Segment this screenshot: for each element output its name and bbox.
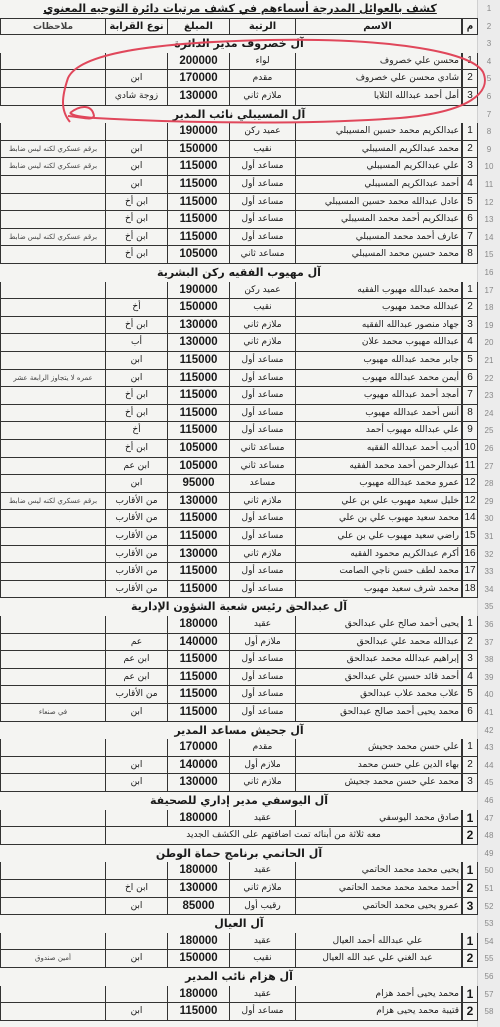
cell-index[interactable]: 8 bbox=[462, 405, 478, 423]
cell-index[interactable]: 1 bbox=[462, 933, 478, 951]
cell-notes[interactable] bbox=[0, 422, 106, 440]
cell-name[interactable]: صادق محمد اليوسفي bbox=[296, 810, 462, 828]
row-number[interactable]: 56 bbox=[478, 972, 500, 981]
table-row[interactable]: 2معه ثلاثة من أبنائه تمت اضافتهم على الك… bbox=[0, 827, 478, 845]
cell-name[interactable]: علي عبدالله أحمد العيال bbox=[296, 933, 462, 951]
cell-amount[interactable]: 115000 bbox=[168, 581, 230, 599]
cell-notes[interactable] bbox=[0, 616, 106, 634]
cell-amount[interactable]: 130000 bbox=[168, 880, 230, 898]
cell-index[interactable]: 2 bbox=[462, 880, 478, 898]
cell-notes[interactable]: أمين صندوق bbox=[0, 950, 106, 968]
table-row[interactable]: 1محمد عبدالله مهيوب الفقيهعميد ركن190000 bbox=[0, 282, 478, 300]
cell-name[interactable]: أيمن محمد عبدالله مهيوب bbox=[296, 370, 462, 388]
cell-index[interactable]: 9 bbox=[462, 422, 478, 440]
cell-name[interactable]: جهاد منصور عبدالله الفقيه bbox=[296, 317, 462, 335]
cell-index[interactable]: 6 bbox=[462, 704, 478, 722]
cell-amount[interactable]: 115000 bbox=[168, 528, 230, 546]
cell-name[interactable]: عبدالكريم محمد حسين المسيبلي bbox=[296, 123, 462, 141]
row-number[interactable]: 16 bbox=[478, 268, 500, 277]
cell-amount[interactable]: 190000 bbox=[168, 282, 230, 300]
row-number[interactable]: 54 bbox=[478, 937, 500, 946]
cell-rank[interactable]: ملازم ثاني bbox=[230, 88, 296, 106]
cell-amount[interactable]: 115000 bbox=[168, 563, 230, 581]
cell-notes[interactable] bbox=[0, 475, 106, 493]
row-number[interactable]: 58 bbox=[478, 1007, 500, 1016]
cell-amount[interactable]: 140000 bbox=[168, 757, 230, 775]
table-row[interactable]: 4أحمد عبدالكريم المسيبليمساعد أول115000ا… bbox=[0, 176, 478, 194]
cell-notes[interactable] bbox=[0, 352, 106, 370]
cell-amount[interactable]: 115000 bbox=[168, 686, 230, 704]
cell-index[interactable]: 18 bbox=[462, 581, 478, 599]
cell-rank[interactable]: مساعد أول bbox=[230, 422, 296, 440]
cell-amount[interactable]: 190000 bbox=[168, 123, 230, 141]
table-row[interactable]: 5جابر محمد عبدالله مهيوبمساعد أول115000ا… bbox=[0, 352, 478, 370]
row-number[interactable]: 5 bbox=[478, 74, 500, 83]
cell-name[interactable]: محمد سعيد مهيوب علي بن علي bbox=[296, 510, 462, 528]
row-number[interactable]: 24 bbox=[478, 409, 500, 418]
cell-amount[interactable]: 140000 bbox=[168, 634, 230, 652]
row-number[interactable]: 20 bbox=[478, 338, 500, 347]
cell-notes[interactable] bbox=[0, 686, 106, 704]
cell-rank[interactable]: عميد ركن bbox=[230, 123, 296, 141]
table-row[interactable]: 3محمد علي حسن محمد جحيشملازم ثاني130000ا… bbox=[0, 774, 478, 792]
table-row[interactable]: 3أمل أحمد عبدالله الثلاياملازم ثاني13000… bbox=[0, 88, 478, 106]
cell-notes[interactable] bbox=[0, 176, 106, 194]
cell-relation[interactable]: ابن أخ bbox=[106, 440, 168, 458]
table-row[interactable]: 1علي حسن محمد جحيشمقدم170000 bbox=[0, 739, 478, 757]
cell-relation[interactable] bbox=[106, 810, 168, 828]
cell-notes[interactable] bbox=[0, 334, 106, 352]
cell-rank[interactable]: ملازم ثاني bbox=[230, 493, 296, 511]
cell-index[interactable]: 7 bbox=[462, 387, 478, 405]
table-row[interactable]: 3عمرو يحيى محمد الحاتميرقيب أول85000ابن bbox=[0, 898, 478, 916]
cell-index[interactable]: 11 bbox=[462, 458, 478, 476]
table-row[interactable]: 3جهاد منصور عبدالله الفقيهملازم ثاني1300… bbox=[0, 317, 478, 335]
cell-relation[interactable] bbox=[106, 739, 168, 757]
cell-rank[interactable]: عقيد bbox=[230, 616, 296, 634]
cell-amount[interactable]: 170000 bbox=[168, 739, 230, 757]
cell-name[interactable]: أمجد أحمد عبدالله مهيوب bbox=[296, 387, 462, 405]
cell-name[interactable]: علاب محمد علاب عبدالحق bbox=[296, 686, 462, 704]
cell-amount[interactable]: 115000 bbox=[168, 194, 230, 212]
cell-amount[interactable]: 105000 bbox=[168, 440, 230, 458]
table-row[interactable]: 4أحمد قائد حسين علي عبدالحقمساعد أول1150… bbox=[0, 669, 478, 687]
cell-notes[interactable] bbox=[0, 299, 106, 317]
cell-index[interactable]: 3 bbox=[462, 317, 478, 335]
cell-relation[interactable] bbox=[106, 986, 168, 1004]
cell-relation[interactable]: ابن أخ bbox=[106, 211, 168, 229]
cell-index[interactable]: 6 bbox=[462, 370, 478, 388]
row-number[interactable]: 30 bbox=[478, 514, 500, 523]
row-number[interactable]: 48 bbox=[478, 831, 500, 840]
row-number[interactable]: 2 bbox=[478, 22, 500, 31]
table-row[interactable]: 1يحيى أحمد صالح علي عبدالحقعقيد180000 bbox=[0, 616, 478, 634]
table-row[interactable]: 2قتيبة محمد يحيى هزاممساعد أول115000ابن bbox=[0, 1003, 478, 1021]
cell-index[interactable]: 2 bbox=[462, 141, 478, 159]
cell-notes[interactable] bbox=[0, 440, 106, 458]
table-row[interactable]: 1عبدالكريم محمد حسين المسيبليعميد ركن190… bbox=[0, 123, 478, 141]
cell-rank[interactable]: مساعد أول bbox=[230, 669, 296, 687]
cell-name[interactable]: أكرم عبدالكريم محمود الفقيه bbox=[296, 546, 462, 564]
cell-index[interactable]: 2 bbox=[462, 70, 478, 88]
cell-index[interactable]: 15 bbox=[462, 528, 478, 546]
cell-relation[interactable]: أب bbox=[106, 334, 168, 352]
table-row[interactable]: 6محمد يحيى أحمد صالح عبدالحقمساعد أول115… bbox=[0, 704, 478, 722]
cell-index[interactable]: 12 bbox=[462, 493, 478, 511]
cell-notes[interactable] bbox=[0, 898, 106, 916]
row-number[interactable]: 31 bbox=[478, 532, 500, 541]
cell-relation[interactable] bbox=[106, 933, 168, 951]
cell-name[interactable]: يحيى محمد محمد الحاتمي bbox=[296, 862, 462, 880]
cell-relation[interactable]: عم bbox=[106, 634, 168, 652]
cell-rank[interactable]: مساعد bbox=[230, 475, 296, 493]
cell-amount[interactable]: 130000 bbox=[168, 546, 230, 564]
cell-amount[interactable]: 115000 bbox=[168, 510, 230, 528]
row-number[interactable]: 29 bbox=[478, 497, 500, 506]
cell-rank[interactable]: عقيد bbox=[230, 862, 296, 880]
cell-notes[interactable]: برقم عسكري لكنه ليس ضابط bbox=[0, 493, 106, 511]
row-number[interactable]: 49 bbox=[478, 849, 500, 858]
cell-notes[interactable] bbox=[0, 880, 106, 898]
cell-amount[interactable]: 115000 bbox=[168, 158, 230, 176]
table-row[interactable]: 2عبد الغني علي عبد الله العيالنقيب150000… bbox=[0, 950, 478, 968]
cell-index[interactable]: 3 bbox=[462, 774, 478, 792]
table-row[interactable]: 12خليل سعيد مهيوب علي بن عليملازم ثاني13… bbox=[0, 493, 478, 511]
cell-relation[interactable] bbox=[106, 616, 168, 634]
cell-index[interactable]: 4 bbox=[462, 176, 478, 194]
row-number[interactable]: 7 bbox=[478, 110, 500, 119]
cell-amount[interactable]: 115000 bbox=[168, 176, 230, 194]
cell-rank[interactable]: مساعد أول bbox=[230, 405, 296, 423]
row-number[interactable]: 21 bbox=[478, 356, 500, 365]
cell-index[interactable]: 2 bbox=[462, 1003, 478, 1021]
cell-relation[interactable]: ابن أخ bbox=[106, 405, 168, 423]
cell-notes[interactable] bbox=[0, 757, 106, 775]
cell-relation[interactable]: ابن bbox=[106, 370, 168, 388]
cell-amount[interactable]: 180000 bbox=[168, 986, 230, 1004]
cell-relation[interactable]: ابن عم bbox=[106, 651, 168, 669]
cell-name[interactable]: أحمد محمد محمد محمد الحاتمي bbox=[296, 880, 462, 898]
cell-notes[interactable] bbox=[0, 862, 106, 880]
table-row[interactable]: 2عبدالله محمد علي عبدالحقملازم أول140000… bbox=[0, 634, 478, 652]
cell-rank[interactable]: ملازم ثاني bbox=[230, 880, 296, 898]
cell-relation[interactable]: ابن bbox=[106, 70, 168, 88]
table-row[interactable]: 1علي عبدالله أحمد العيالعقيد180000 bbox=[0, 933, 478, 951]
cell-relation[interactable]: ابن bbox=[106, 704, 168, 722]
cell-rank[interactable]: مساعد أول bbox=[230, 158, 296, 176]
cell-name[interactable]: عبدالله محمد علي عبدالحق bbox=[296, 634, 462, 652]
cell-notes[interactable] bbox=[0, 246, 106, 264]
table-row[interactable]: 3علي عبدالكريم المسيبليمساعد أول115000اب… bbox=[0, 158, 478, 176]
cell-name[interactable]: خليل سعيد مهيوب علي بن علي bbox=[296, 493, 462, 511]
cell-notes[interactable] bbox=[0, 546, 106, 564]
cell-relation[interactable]: ابن bbox=[106, 475, 168, 493]
table-row[interactable]: 8محمد حسين محمد المسيبليمساعد ثاني105000… bbox=[0, 246, 478, 264]
cell-name[interactable]: عبدالله محمد مهيوب bbox=[296, 299, 462, 317]
table-row[interactable]: 1يحيى محمد محمد الحاتميعقيد180000 bbox=[0, 862, 478, 880]
row-number[interactable]: 15 bbox=[478, 250, 500, 259]
cell-relation[interactable]: من الأقارب bbox=[106, 581, 168, 599]
cell-notes[interactable]: برقم عسكري لكنه ليس ضابط bbox=[0, 229, 106, 247]
cell-rank[interactable]: عقيد bbox=[230, 810, 296, 828]
cell-name[interactable]: شادي محسن علي خصروف bbox=[296, 70, 462, 88]
cell-notes[interactable] bbox=[0, 810, 106, 828]
cell-amount[interactable]: 115000 bbox=[168, 651, 230, 669]
cell-rank[interactable]: مساعد أول bbox=[230, 211, 296, 229]
cell-amount[interactable]: 115000 bbox=[168, 422, 230, 440]
row-number[interactable]: 55 bbox=[478, 954, 500, 963]
cell-relation[interactable] bbox=[106, 123, 168, 141]
cell-rank[interactable]: مساعد أول bbox=[230, 686, 296, 704]
cell-rank[interactable]: مساعد ثاني bbox=[230, 440, 296, 458]
cell-relation[interactable]: ابن أخ bbox=[106, 246, 168, 264]
row-number[interactable]: 41 bbox=[478, 708, 500, 717]
cell-amount[interactable]: 130000 bbox=[168, 317, 230, 335]
row-number[interactable]: 28 bbox=[478, 479, 500, 488]
cell-relation[interactable]: ابن bbox=[106, 141, 168, 159]
cell-rank[interactable]: مساعد أول bbox=[230, 194, 296, 212]
row-number[interactable]: 57 bbox=[478, 990, 500, 999]
cell-index[interactable]: 17 bbox=[462, 563, 478, 581]
table-row[interactable]: 6عبدالكريم أحمد محمد المسيبليمساعد أول11… bbox=[0, 211, 478, 229]
row-number[interactable]: 40 bbox=[478, 690, 500, 699]
cell-amount[interactable]: 115000 bbox=[168, 669, 230, 687]
cell-relation[interactable]: ابن bbox=[106, 950, 168, 968]
cell-index[interactable]: 2 bbox=[462, 757, 478, 775]
cell-notes[interactable] bbox=[0, 563, 106, 581]
cell-notes[interactable] bbox=[0, 739, 106, 757]
cell-notes[interactable] bbox=[0, 387, 106, 405]
cell-relation[interactable]: من الأقارب bbox=[106, 528, 168, 546]
cell-notes[interactable]: في صنعاء bbox=[0, 704, 106, 722]
table-row[interactable]: 7أمجد أحمد عبدالله مهيوبمساعد أول115000ا… bbox=[0, 387, 478, 405]
cell-name[interactable]: علي عبدالله مهيوب أحمد bbox=[296, 422, 462, 440]
cell-amount[interactable]: 180000 bbox=[168, 862, 230, 880]
cell-name[interactable]: أمل أحمد عبدالله الثلايا bbox=[296, 88, 462, 106]
cell-rank[interactable]: عميد ركن bbox=[230, 282, 296, 300]
cell-name[interactable]: علي حسن محمد جحيش bbox=[296, 739, 462, 757]
cell-rank[interactable]: عقيد bbox=[230, 986, 296, 1004]
cell-rank[interactable]: رقيب أول bbox=[230, 898, 296, 916]
cell-name[interactable]: علي عبدالكريم المسيبلي bbox=[296, 158, 462, 176]
cell-relation[interactable]: ابن اخ bbox=[106, 880, 168, 898]
cell-relation[interactable] bbox=[106, 862, 168, 880]
cell-amount[interactable]: 115000 bbox=[168, 405, 230, 423]
row-number[interactable]: 9 bbox=[478, 145, 500, 154]
cell-rank[interactable]: نقيب bbox=[230, 141, 296, 159]
cell-notes[interactable] bbox=[0, 1003, 106, 1021]
row-number[interactable]: 1 bbox=[478, 4, 500, 13]
cell-relation[interactable]: ابن أخ bbox=[106, 387, 168, 405]
cell-relation[interactable]: زوجة شادي bbox=[106, 88, 168, 106]
table-row[interactable]: 2محمد عبدالكريم المسيبلينقيب150000ابنبرق… bbox=[0, 141, 478, 159]
cell-name[interactable]: أديب أحمد عبدالله الفقيه bbox=[296, 440, 462, 458]
cell-amount[interactable]: 115000 bbox=[168, 1003, 230, 1021]
cell-index[interactable]: 2 bbox=[462, 299, 478, 317]
cell-relation[interactable]: ابن أخ bbox=[106, 317, 168, 335]
row-number[interactable]: 22 bbox=[478, 374, 500, 383]
cell-rank[interactable]: مساعد أول bbox=[230, 176, 296, 194]
cell-name[interactable]: أحمد عبدالكريم المسيبلي bbox=[296, 176, 462, 194]
cell-notes[interactable] bbox=[0, 986, 106, 1004]
cell-rank[interactable]: ملازم أول bbox=[230, 757, 296, 775]
cell-relation[interactable]: من الأقارب bbox=[106, 563, 168, 581]
table-row[interactable]: 4عبدالله مهيوب محمد علانملازم ثاني130000… bbox=[0, 334, 478, 352]
cell-amount[interactable]: 180000 bbox=[168, 933, 230, 951]
cell-index[interactable]: 1 bbox=[462, 986, 478, 1004]
cell-relation[interactable]: ابن bbox=[106, 176, 168, 194]
table-row[interactable]: 10أديب أحمد عبدالله الفقيهمساعد ثاني1050… bbox=[0, 440, 478, 458]
cell-notes[interactable] bbox=[0, 528, 106, 546]
cell-relation[interactable] bbox=[106, 53, 168, 71]
cell-rank[interactable]: مقدم bbox=[230, 70, 296, 88]
table-row[interactable]: 1محمد يحيى أحمد هزامعقيد180000 bbox=[0, 986, 478, 1004]
cell-amount[interactable]: 105000 bbox=[168, 246, 230, 264]
cell-notes[interactable] bbox=[0, 510, 106, 528]
cell-relation[interactable]: ابن bbox=[106, 158, 168, 176]
cell-amount[interactable]: 115000 bbox=[168, 229, 230, 247]
table-row[interactable]: 2أحمد محمد محمد محمد الحاتميملازم ثاني13… bbox=[0, 880, 478, 898]
cell-name[interactable]: جابر محمد عبدالله مهيوب bbox=[296, 352, 462, 370]
cell-index[interactable]: 1 bbox=[462, 862, 478, 880]
row-number[interactable]: 26 bbox=[478, 444, 500, 453]
cell-name[interactable]: محمد علي حسن محمد جحيش bbox=[296, 774, 462, 792]
cell-notes[interactable] bbox=[0, 317, 106, 335]
cell-index[interactable]: 1 bbox=[462, 616, 478, 634]
cell-index[interactable]: 2 bbox=[462, 950, 478, 968]
cell-index[interactable]: 2 bbox=[462, 634, 478, 652]
table-row[interactable]: 5عادل عبدالله محمد حسين المسيبليمساعد أو… bbox=[0, 194, 478, 212]
cell-index[interactable]: 3 bbox=[462, 651, 478, 669]
cell-amount[interactable]: 95000 bbox=[168, 475, 230, 493]
row-number[interactable]: 33 bbox=[478, 567, 500, 576]
cell-index[interactable]: 2 bbox=[462, 827, 478, 845]
cell-notes[interactable] bbox=[0, 405, 106, 423]
cell-index[interactable]: 1 bbox=[462, 739, 478, 757]
cell-index[interactable]: 7 bbox=[462, 229, 478, 247]
cell-name[interactable]: محمد حسين محمد المسيبلي bbox=[296, 246, 462, 264]
cell-notes[interactable]: عمره لا يتجاوز الرابعة عشر bbox=[0, 370, 106, 388]
row-number[interactable]: 34 bbox=[478, 585, 500, 594]
cell-relation[interactable]: ابن عم bbox=[106, 669, 168, 687]
row-number[interactable]: 14 bbox=[478, 233, 500, 242]
row-number[interactable]: 53 bbox=[478, 919, 500, 928]
row-number[interactable]: 52 bbox=[478, 902, 500, 911]
cell-rank[interactable]: مساعد ثاني bbox=[230, 246, 296, 264]
cell-amount[interactable]: 115000 bbox=[168, 370, 230, 388]
cell-relation[interactable]: أخ bbox=[106, 422, 168, 440]
cell-relation[interactable] bbox=[106, 282, 168, 300]
cell-name[interactable]: محمد يحيى أحمد صالح عبدالحق bbox=[296, 704, 462, 722]
cell-amount[interactable]: 115000 bbox=[168, 211, 230, 229]
row-number[interactable]: 13 bbox=[478, 215, 500, 224]
cell-index[interactable]: 5 bbox=[462, 686, 478, 704]
cell-name[interactable]: محمد عبدالله مهيوب الفقيه bbox=[296, 282, 462, 300]
cell-amount[interactable]: 180000 bbox=[168, 616, 230, 634]
cell-index[interactable]: 12 bbox=[462, 475, 478, 493]
cell-name[interactable]: يحيى أحمد صالح علي عبدالحق bbox=[296, 616, 462, 634]
table-row[interactable]: 7عارف أحمد محمد المسيبليمساعد أول115000ا… bbox=[0, 229, 478, 247]
table-row[interactable]: 9علي عبدالله مهيوب أحمدمساعد أول115000أخ bbox=[0, 422, 478, 440]
cell-rank[interactable]: مساعد أول bbox=[230, 1003, 296, 1021]
cell-relation[interactable]: ابن أخ bbox=[106, 194, 168, 212]
cell-amount[interactable]: 150000 bbox=[168, 299, 230, 317]
cell-notes[interactable] bbox=[0, 88, 106, 106]
row-number[interactable]: 46 bbox=[478, 796, 500, 805]
cell-notes[interactable] bbox=[0, 774, 106, 792]
cell-amount[interactable]: 130000 bbox=[168, 88, 230, 106]
cell-relation[interactable]: ابن bbox=[106, 757, 168, 775]
cell-name[interactable]: أحمد قائد حسين علي عبدالحق bbox=[296, 669, 462, 687]
row-number[interactable]: 51 bbox=[478, 884, 500, 893]
cell-name[interactable]: أنس أحمد عبدالله مهيوب bbox=[296, 405, 462, 423]
cell-index[interactable]: 8 bbox=[462, 246, 478, 264]
cell-amount[interactable]: 130000 bbox=[168, 334, 230, 352]
row-number[interactable]: 23 bbox=[478, 391, 500, 400]
cell-notes[interactable] bbox=[0, 581, 106, 599]
cell-relation[interactable]: من الأقارب bbox=[106, 546, 168, 564]
cell-amount[interactable]: 105000 bbox=[168, 458, 230, 476]
cell-relation[interactable]: ابن bbox=[106, 352, 168, 370]
cell-index[interactable]: 3 bbox=[462, 158, 478, 176]
cell-index[interactable]: 5 bbox=[462, 352, 478, 370]
cell-name[interactable]: قتيبة محمد يحيى هزام bbox=[296, 1003, 462, 1021]
cell-rank[interactable]: ملازم ثاني bbox=[230, 774, 296, 792]
row-number[interactable]: 35 bbox=[478, 602, 500, 611]
cell-amount[interactable]: 115000 bbox=[168, 352, 230, 370]
cell-relation[interactable]: ابن bbox=[106, 774, 168, 792]
cell-name[interactable]: راضي سعيد مهيوب علي بن علي bbox=[296, 528, 462, 546]
cell-amount[interactable]: 150000 bbox=[168, 141, 230, 159]
cell-rank[interactable]: مساعد أول bbox=[230, 704, 296, 722]
cell-index[interactable]: 3 bbox=[462, 898, 478, 916]
row-number[interactable]: 11 bbox=[478, 180, 500, 189]
cell-name[interactable]: عمرو يحيى محمد الحاتمي bbox=[296, 898, 462, 916]
cell-notes[interactable] bbox=[0, 211, 106, 229]
row-number[interactable]: 44 bbox=[478, 761, 500, 770]
cell-index[interactable]: 3 bbox=[462, 88, 478, 106]
row-number[interactable]: 47 bbox=[478, 814, 500, 823]
row-number[interactable]: 32 bbox=[478, 550, 500, 559]
cell-name[interactable]: عبد الغني علي عبد الله العيال bbox=[296, 950, 462, 968]
cell-index[interactable]: 1 bbox=[462, 53, 478, 71]
cell-notes[interactable]: برقم عسكري لكنه ليس ضابط bbox=[0, 141, 106, 159]
cell-name[interactable]: عبدالرحمن أحمد محمد الفقيه bbox=[296, 458, 462, 476]
cell-rank[interactable]: مساعد أول bbox=[230, 370, 296, 388]
cell-name[interactable]: محمد شرف سعيد مهيوب bbox=[296, 581, 462, 599]
table-row[interactable]: 2بهاء الدين علي حسن محمدملازم أول140000ا… bbox=[0, 757, 478, 775]
table-row[interactable]: 1صادق محمد اليوسفيعقيد180000 bbox=[0, 810, 478, 828]
cell-rank[interactable]: مقدم bbox=[230, 739, 296, 757]
cell-index[interactable]: 1 bbox=[462, 282, 478, 300]
cell-name[interactable]: محمد لطف حسن ناجي الصامت bbox=[296, 563, 462, 581]
cell-relation[interactable]: ابن عم bbox=[106, 458, 168, 476]
row-number[interactable]: 12 bbox=[478, 198, 500, 207]
cell-rank[interactable]: مساعد أول bbox=[230, 581, 296, 599]
cell-amount[interactable]: 130000 bbox=[168, 493, 230, 511]
cell-amount[interactable]: 115000 bbox=[168, 387, 230, 405]
cell-rank[interactable]: ملازم ثاني bbox=[230, 317, 296, 335]
cell-amount[interactable]: 170000 bbox=[168, 70, 230, 88]
cell-index[interactable]: 5 bbox=[462, 194, 478, 212]
cell-relation[interactable]: أخ bbox=[106, 299, 168, 317]
cell-name[interactable]: إبراهيم عبدالله محمد عبدالحق bbox=[296, 651, 462, 669]
table-row[interactable]: 18محمد شرف سعيد مهيوبمساعد أول115000من ا… bbox=[0, 581, 478, 599]
cell-rank[interactable]: ملازم ثاني bbox=[230, 334, 296, 352]
table-row[interactable]: 5علاب محمد علاب عبدالحقمساعد أول115000من… bbox=[0, 686, 478, 704]
table-row[interactable]: 8أنس أحمد عبدالله مهيوبمساعد أول115000اب… bbox=[0, 405, 478, 423]
cell-rank[interactable]: ملازم أول bbox=[230, 634, 296, 652]
